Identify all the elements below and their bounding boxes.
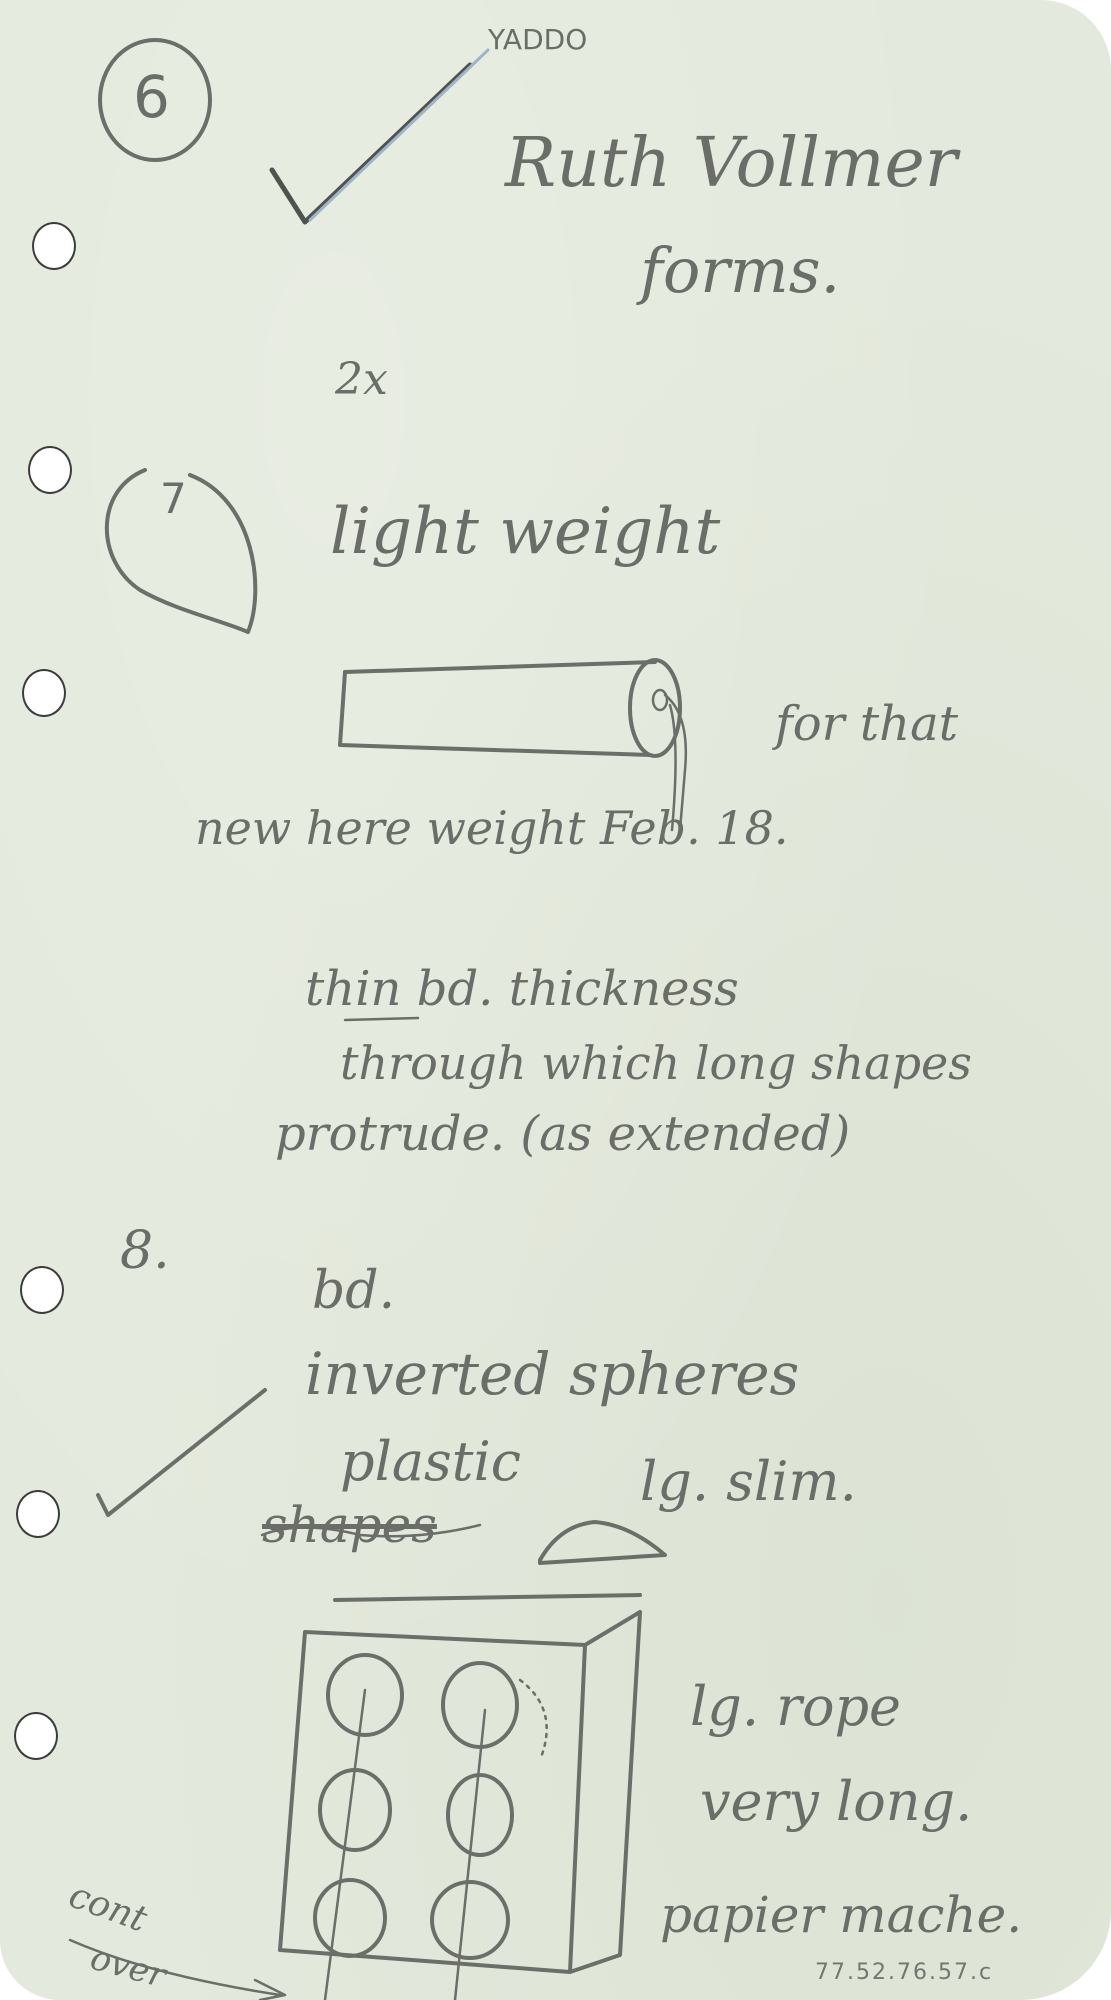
struck-word: shapes	[262, 1500, 437, 1550]
circled-number: 7	[160, 478, 187, 520]
circled-number: 6	[133, 68, 170, 126]
item-prefix: 2x	[335, 358, 388, 402]
page-subtitle: forms.	[640, 240, 840, 302]
side-note: papier mache.	[660, 1890, 1022, 1940]
side-note: very long.	[700, 1775, 972, 1829]
description-line: through which long shapes	[340, 1040, 972, 1086]
item-line: plastic	[340, 1435, 521, 1489]
side-note: lg. rope	[690, 1680, 901, 1734]
checkmark-icon	[98, 1390, 265, 1515]
dome-shape-icon	[540, 1522, 665, 1563]
notebook-page: 6 YADDO Ruth Vollmer forms. 2x 7 light w…	[0, 0, 1111, 2000]
item-line: lg. slim.	[640, 1455, 857, 1509]
description-line: protrude. (as extended)	[275, 1110, 850, 1158]
side-note: for that	[775, 700, 958, 748]
item-number: 8.	[120, 1225, 170, 1277]
note-line: new here weight Feb. 18.	[195, 805, 789, 851]
item-heading: light weight	[330, 500, 720, 564]
accession-number: 77.52.76.57.c	[815, 1962, 993, 1984]
page-title: Ruth Vollmer	[505, 130, 957, 198]
item-line: bd.	[312, 1265, 395, 1317]
margin-note: YADDO	[488, 26, 587, 54]
checkmark-icon	[272, 65, 470, 222]
box-with-spheres-icon	[280, 1595, 640, 2000]
description-line: thin bd. thickness	[305, 965, 739, 1013]
item-line: inverted spheres	[305, 1345, 799, 1403]
